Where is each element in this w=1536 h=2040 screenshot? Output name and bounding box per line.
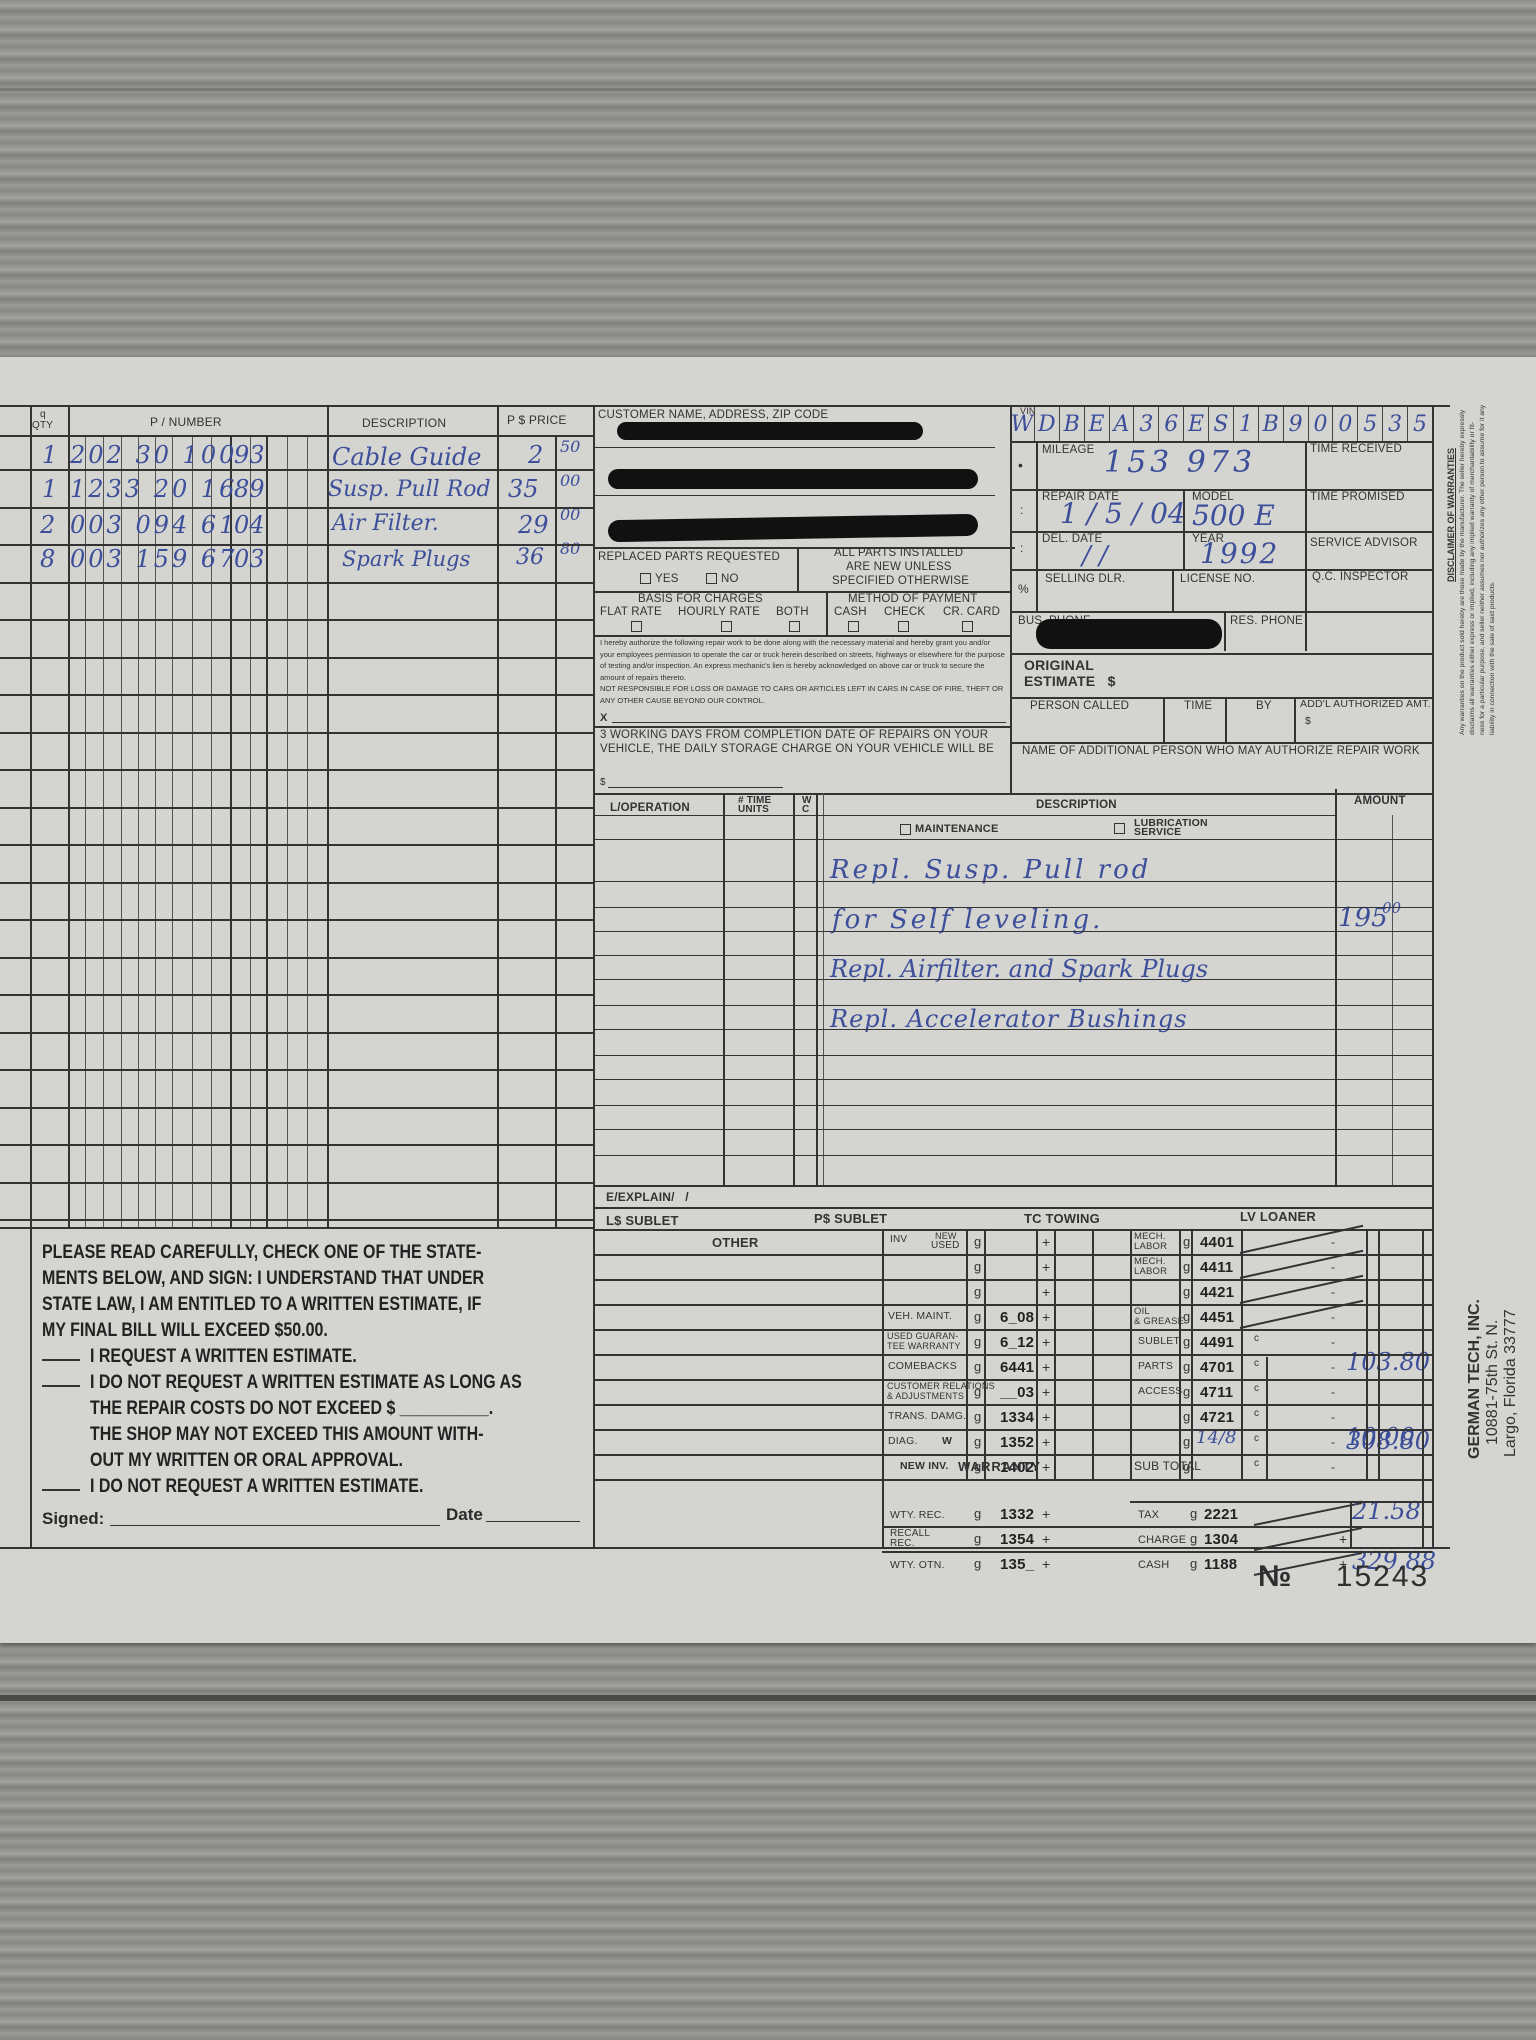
part-qty: 1 [42,441,57,469]
payment-method-label: METHOD OF PAYMENT [848,593,977,605]
payment-option-cash: CASH [834,606,867,618]
signature-x: X [600,712,608,724]
date-label: Date [446,1505,483,1525]
labor-sublet-label: L$ SUBLET [606,1213,679,1228]
c-marker: c [1254,1459,1259,1469]
c-marker: c [1254,1384,1259,1394]
used-label: USED [931,1241,960,1251]
rule [595,881,1432,882]
g-marker: g [1183,1435,1190,1448]
rule [0,919,595,921]
authorization-signature-line[interactable] [612,722,1006,723]
payment-option-card: CR. CARD [943,606,1000,618]
vin-character: 3 [1133,407,1158,441]
rule [595,1279,1432,1281]
gl-code: 4711 [1200,1384,1233,1401]
inv-label: INV [890,1235,907,1245]
redacted-customer-name [617,422,923,440]
rule [595,1155,1432,1156]
option-no-estimate-limit: THE SHOP MAY NOT EXCEED THIS AMOUNT WITH… [90,1421,522,1447]
gl-code: 6441 [1000,1359,1034,1376]
rule [0,694,595,696]
authorization-paragraph: I hereby authorize the following repair … [600,637,1005,683]
qty-header-top: q [40,409,46,420]
redacted-customer-city [608,514,978,542]
original-estimate-label-2: ESTIMATE $ [1024,673,1116,689]
rule [595,1304,1432,1306]
disclaimer-line: disclaims all warranties either express … [1468,295,1478,735]
rule [0,435,595,437]
basis-option-both: BOTH [776,606,809,618]
parts-sublet-label: P$ SUBLET [814,1211,887,1226]
notice-line: MENTS BELOW, AND SIGN: I UNDERSTAND THAT… [42,1265,485,1291]
g-marker: g [974,1410,981,1423]
plus-marker: + [1042,1532,1050,1546]
code-row-label: VEH. MAINT. [888,1311,952,1322]
rule [595,1254,1432,1256]
code-row-label: & GREASE [1134,1317,1184,1327]
vin-character: 3 [1382,407,1407,441]
part-number: 1233 20 16 [70,475,237,503]
rule [0,507,595,509]
redacted-customer-address [608,469,978,489]
strike-diagonal [1254,1502,1362,1525]
minus-marker: - [1331,1461,1335,1473]
form-grid: q QTY P / NUMBER DESCRIPTION P $ PRICE 1… [0,405,1450,1547]
side-mark: : [1020,541,1024,555]
option2-checkline[interactable] [42,1385,80,1387]
customer-label: CUSTOMER NAME, ADDRESS, ZIP CODE [598,409,828,421]
lubrication-checkbox[interactable] [1114,823,1125,834]
gl-code: 135_ [1000,1556,1034,1573]
rule [0,1069,595,1071]
rule [595,1005,1432,1006]
part-number: 003 094 61 [70,511,237,539]
vin-field: WDBEA36ES1B900535 [1010,407,1432,441]
plus-marker: + [1339,1532,1347,1546]
c-marker: c [1254,1409,1259,1419]
total-label: CASH [1138,1560,1169,1571]
part-suffix: 03 [234,545,265,573]
rule [595,1379,1432,1381]
rule [0,957,595,959]
part-qty: 8 [40,545,55,573]
rule [1054,1229,1056,1479]
cash-checkbox[interactable] [848,621,859,632]
part-price: 35 [508,475,539,503]
minus-marker: - [1331,1261,1335,1273]
g-marker: g [1190,1532,1197,1545]
new-parts-note: ARE NEW UNLESS [846,561,952,573]
part-description: Spark Plugs [342,547,470,571]
hourly-rate-checkbox[interactable] [721,621,732,632]
code-row-label: NEW INV. [900,1461,948,1472]
check-checkbox[interactable] [898,621,909,632]
warranty-row-label: WTY. REC. [890,1510,945,1521]
additional-person-label: NAME OF ADDITIONAL PERSON WHO MAY AUTHOR… [1022,745,1420,757]
explain-label: E/EXPLAIN/ / [606,1190,689,1204]
g-marker: g [974,1310,981,1323]
c-marker: c [1254,1434,1259,1444]
plus-marker: + [1042,1385,1050,1399]
form-number: № 15243 [1258,1560,1429,1594]
disclaimer-title: DISCLAIMER OF WARRANTIES [1446,295,1458,735]
code-row-label: USED GUARAN- [887,1332,958,1341]
other-label: OTHER [712,1235,759,1250]
rule [595,1429,1432,1431]
rule [0,769,595,771]
option-no-estimate: I DO NOT REQUEST A WRITTEN ESTIMATE. [90,1473,423,1499]
side-mark: : [1020,503,1024,517]
gl-code: 1304 [1204,1531,1238,1548]
part-suffix: 93 [234,441,265,469]
c-marker: c [1254,1334,1259,1344]
gl-code: 1354 [1000,1531,1034,1548]
part-suffix: 04 [234,511,265,539]
rule [1191,1229,1193,1479]
rule [0,994,595,996]
option-no-estimate-limit: I DO NOT REQUEST A WRITTEN ESTIMATE AS L… [90,1369,522,1395]
g-marker: g [1183,1360,1190,1373]
storage-text-1: 3 WORKING DAYS FROM COMPLETION DATE OF R… [600,729,988,741]
basis-option-hourly: HOURLY RATE [678,606,760,618]
g-marker: g [974,1507,981,1520]
rule [1179,1229,1181,1479]
warranty-row-label: WTY. OTN. [890,1560,945,1571]
g-marker: g [1183,1310,1190,1323]
vin-character: B [1059,407,1084,441]
plus-marker: + [1042,1410,1050,1424]
selling-dealer-label: SELLING DLR. [1045,573,1125,585]
wc-header-2: C [802,804,809,815]
gl-code: 6_08 [1000,1309,1034,1326]
company-address: 10881-75th St. N. [1484,1299,1502,1459]
time-received-label: TIME RECEIVED [1310,443,1402,455]
code-row-label: TRANS. DAMG. [888,1411,966,1422]
no-label: NO [721,573,739,585]
rule [1241,1229,1243,1479]
g-marker: g [974,1335,981,1348]
rule [0,882,595,884]
vin-character: 9 [1283,407,1308,441]
option-request-estimate: I REQUEST A WRITTEN ESTIMATE. [90,1343,357,1369]
part-description: Air Filter. [332,511,439,536]
gl-code: 1188 [1204,1556,1237,1573]
maintenance-checkbox[interactable]: MAINTENANCE [900,823,998,835]
g-marker: g [974,1532,981,1545]
rule [0,844,595,846]
form-number-value: 15243 [1336,1560,1429,1593]
flat-rate-checkbox[interactable] [631,621,642,632]
rule [0,732,595,734]
part-qty: 2 [40,511,55,539]
price-header: P $ PRICE [507,413,567,427]
code-row-label: SUBLET [1138,1336,1180,1347]
vin-character: 5 [1357,407,1382,441]
gl-code: 4701 [1200,1359,1234,1376]
replaced-yes-checkbox[interactable]: YES [640,573,679,585]
plus-marker: + [1042,1335,1050,1349]
rule [595,1055,1432,1056]
labor-amount-cents: 00 [1382,899,1401,917]
vin-character: 0 [1332,407,1357,441]
payment-option-check: CHECK [884,606,925,618]
part-number: 003 159 67 [70,545,237,573]
rule [0,1144,595,1146]
yes-label: YES [655,573,679,585]
rule [0,1219,595,1221]
mileage-value: 153 973 [1104,445,1256,480]
part-price-cents: 00 [560,471,580,490]
card-checkbox[interactable] [962,621,973,632]
notice-line: STATE LAW, I AM ENTITLED TO A WRITTEN ES… [42,1291,485,1317]
plus-marker: + [1042,1310,1050,1324]
code-row-label: PARTS [1138,1361,1173,1372]
total-label: CHARGE [1138,1535,1186,1546]
total-label: TAX [1138,1510,1159,1521]
w-label: W [942,1436,952,1447]
del-date-value: / / [1082,541,1108,571]
part-number: 202 30 100 [70,441,237,469]
estimate-notice: PLEASE READ CAREFULLY, CHECK ONE OF THE … [42,1239,582,1533]
vin-character: 6 [1158,407,1183,441]
rule [966,1229,968,1479]
code-row-label: LABOR [1134,1242,1167,1252]
code-row-label: COMEBACKS [888,1361,957,1372]
plus-marker: + [1042,1285,1050,1299]
part-qty: 1 [42,475,57,503]
part-description: Cable Guide [332,443,481,471]
gl-code: 4491 [1200,1334,1234,1351]
authorization-text: I hereby authorize the following repair … [600,637,1005,706]
description-header: DESCRIPTION [362,416,446,430]
liability-disclaimer: NOT RESPONSIBLE FOR LOSS OR DAMAGE TO CA… [600,683,1005,706]
plus-marker: + [1042,1557,1050,1571]
rule [595,1454,1432,1456]
g-marker: g [1183,1410,1190,1423]
loaner-label: LV LOANER [1240,1209,1316,1224]
mileage-label: MILEAGE [1042,444,1095,456]
storage-dollar: $ [600,777,606,788]
plus-marker: + [1042,1260,1050,1274]
rule [1350,1501,1352,1549]
warranty-row-label: REC. [890,1539,915,1549]
g-marker: g [974,1557,981,1570]
rule [595,1329,1432,1331]
g-marker: g [1183,1285,1190,1298]
qty-header: QTY [32,420,53,431]
replaced-parts-label: REPLACED PARTS REQUESTED [598,551,780,563]
vin-character: E [1084,407,1109,441]
vin-character: E [1183,407,1208,441]
subtotal-value: 308.80 [1346,1427,1430,1455]
person-called-label: PERSON CALLED [1030,700,1129,712]
by-label: BY [1256,700,1272,712]
notice-line: MY FINAL BILL WILL EXCEED $50.00. [42,1317,485,1343]
minus-marker: - [1331,1411,1335,1423]
side-mark: % [1018,582,1029,596]
part-suffix: 89 [234,475,265,503]
code-row-label: DIAG. [888,1436,918,1447]
g-marker: g [974,1435,981,1448]
qc-inspector-label: Q.C. INSPECTOR [1312,571,1409,583]
rule [595,815,1335,816]
gl-code: 4401 [1200,1234,1234,1251]
rule [1092,1229,1094,1479]
gl-code: 6_12 [1000,1334,1034,1351]
code-row-label: LABOR [1134,1267,1167,1277]
signed-label: Signed: [42,1509,104,1529]
rule [0,469,595,471]
rule [595,907,1432,908]
code-row-label: & ADJUSTMENTS [887,1392,964,1401]
basis-charges-label: BASIS FOR CHARGES [638,593,763,605]
rule [0,807,595,809]
notice-line: PLEASE READ CAREFULLY, CHECK ONE OF THE … [42,1239,485,1265]
rule [1036,1229,1038,1479]
vin-character: S [1208,407,1233,441]
company-block: GERMAN TECH, INC. 10881-75th St. N. Larg… [1466,1299,1520,1459]
g-marker: g [1190,1557,1197,1570]
minus-marker: - [1331,1236,1335,1248]
time-label: TIME [1184,700,1212,712]
option1-checkline[interactable] [42,1359,80,1361]
new-parts-note: SPECIFIED OTHERWISE [832,575,969,587]
floor-plank-gap [0,88,1536,91]
amount-header: AMOUNT [1354,795,1406,807]
g-marker: g [1183,1335,1190,1348]
license-label: LICENSE NO. [1180,573,1255,585]
rule [0,582,595,584]
g-marker: g [974,1385,981,1398]
replaced-no-checkbox[interactable]: NO [706,573,739,585]
rule [984,1229,986,1479]
code-amount: 103.80 [1346,1348,1430,1376]
g-marker: g [1183,1235,1190,1248]
basis-option-flat: FLAT RATE [600,606,662,618]
vin-character: 0 [1308,407,1333,441]
g-marker: g [1183,1385,1190,1398]
minus-marker: - [1331,1336,1335,1348]
g-marker: g [974,1360,981,1373]
part-description: Susp. Pull Rod [328,477,491,502]
addl-amount-label: ADD'L AUTHORIZED AMT. [1300,698,1431,710]
repair-date-value: 1 / 5 / 04 [1060,497,1186,530]
rule [595,1105,1432,1106]
rule [1130,1501,1432,1503]
rule [595,931,1432,932]
vin-character: B [1258,407,1283,441]
storage-charge-line[interactable] [608,787,783,788]
minus-marker: - [1331,1361,1335,1373]
vin-character: W [1010,407,1034,441]
plus-marker: + [1042,1235,1050,1249]
gl-code: 4451 [1200,1309,1234,1326]
rule [0,657,595,659]
minus-marker: - [1331,1386,1335,1398]
plus-marker: + [1042,1435,1050,1449]
towing-label: TC TOWING [1024,1211,1100,1226]
maintenance-label: MAINTENANCE [915,823,998,835]
both-checkbox[interactable] [789,621,800,632]
rule [882,1551,1432,1553]
vin-character: 1 [1233,407,1258,441]
rule [595,839,1432,840]
year-value: 1992 [1200,537,1279,570]
option-no-estimate-limit: OUT MY WRITTEN OR ORAL APPROVAL. [90,1447,522,1473]
rule [0,619,595,621]
c-marker: c [1254,1359,1259,1369]
vin-character: A [1109,407,1134,441]
rule [595,955,1432,956]
plus-marker: + [1042,1507,1050,1521]
disclaimer-line: liability in connection with the sale of… [1488,295,1498,735]
g-marker: g [974,1235,981,1248]
repair-order-form: q QTY P / NUMBER DESCRIPTION P $ PRICE 1… [0,357,1536,1643]
labor-description-header: DESCRIPTION [1036,799,1117,811]
rule [595,1129,1432,1130]
vin-character: D [1034,407,1059,441]
rule [595,1079,1432,1080]
part-price-cents: 80 [560,539,580,558]
company-city: Largo, Florida 33777 [1502,1299,1520,1459]
option3-checkline[interactable] [42,1489,80,1491]
floor-plank-gap [0,1695,1536,1701]
signature-line[interactable] [110,1525,440,1526]
model-value: 500 E [1192,499,1275,532]
minus-marker: - [1331,1436,1335,1448]
warranty-label: WARRANTY [958,1459,1041,1474]
rule [0,544,595,546]
rule [1130,1229,1132,1479]
time-promised-label: TIME PROMISED [1310,491,1405,503]
addl-amount-dollar: $ [1305,715,1311,727]
part-price: 36 [516,545,544,570]
part-price: 2 [528,441,543,469]
time-units-header-2: UNITS [738,804,769,815]
storage-text-2: VEHICLE, THE DAILY STORAGE CHARGE ON YOU… [600,743,994,755]
operation-header: L/OPERATION [610,802,690,814]
number-sign: № [1258,1560,1291,1593]
gl-code: 1332 [1000,1506,1034,1523]
disclaimer-line: Any warranties on the product sold hereb… [1458,295,1468,735]
plus-marker: + [1042,1460,1050,1474]
g-marker: g [974,1260,981,1273]
option-no-estimate-limit: THE REPAIR COSTS DO NOT EXCEED $ _______… [90,1395,522,1421]
rule [1378,1229,1380,1479]
rule [0,1107,595,1109]
gl-code: 4411 [1200,1259,1233,1276]
rule [1366,1229,1368,1479]
part-price-cents: 50 [560,437,580,456]
gl-code: 2221 [1204,1506,1238,1523]
rule [595,979,1432,980]
rule [0,1182,595,1184]
company-name: GERMAN TECH, INC. [1466,1299,1484,1459]
original-estimate-label: ORIGINAL [1024,657,1094,673]
gl-code: 1352 [1000,1434,1034,1451]
side-mark: • [1018,457,1023,473]
minus-marker: - [1331,1311,1335,1323]
plus-marker: + [1042,1360,1050,1374]
g-marker: g [1190,1507,1197,1520]
gl-code: 4721 [1200,1409,1234,1426]
date-line[interactable] [486,1521,580,1522]
rule [595,1354,1432,1356]
minus-marker: - [1331,1286,1335,1298]
part-price: 29 [518,511,549,539]
g-marker: g [974,1285,981,1298]
